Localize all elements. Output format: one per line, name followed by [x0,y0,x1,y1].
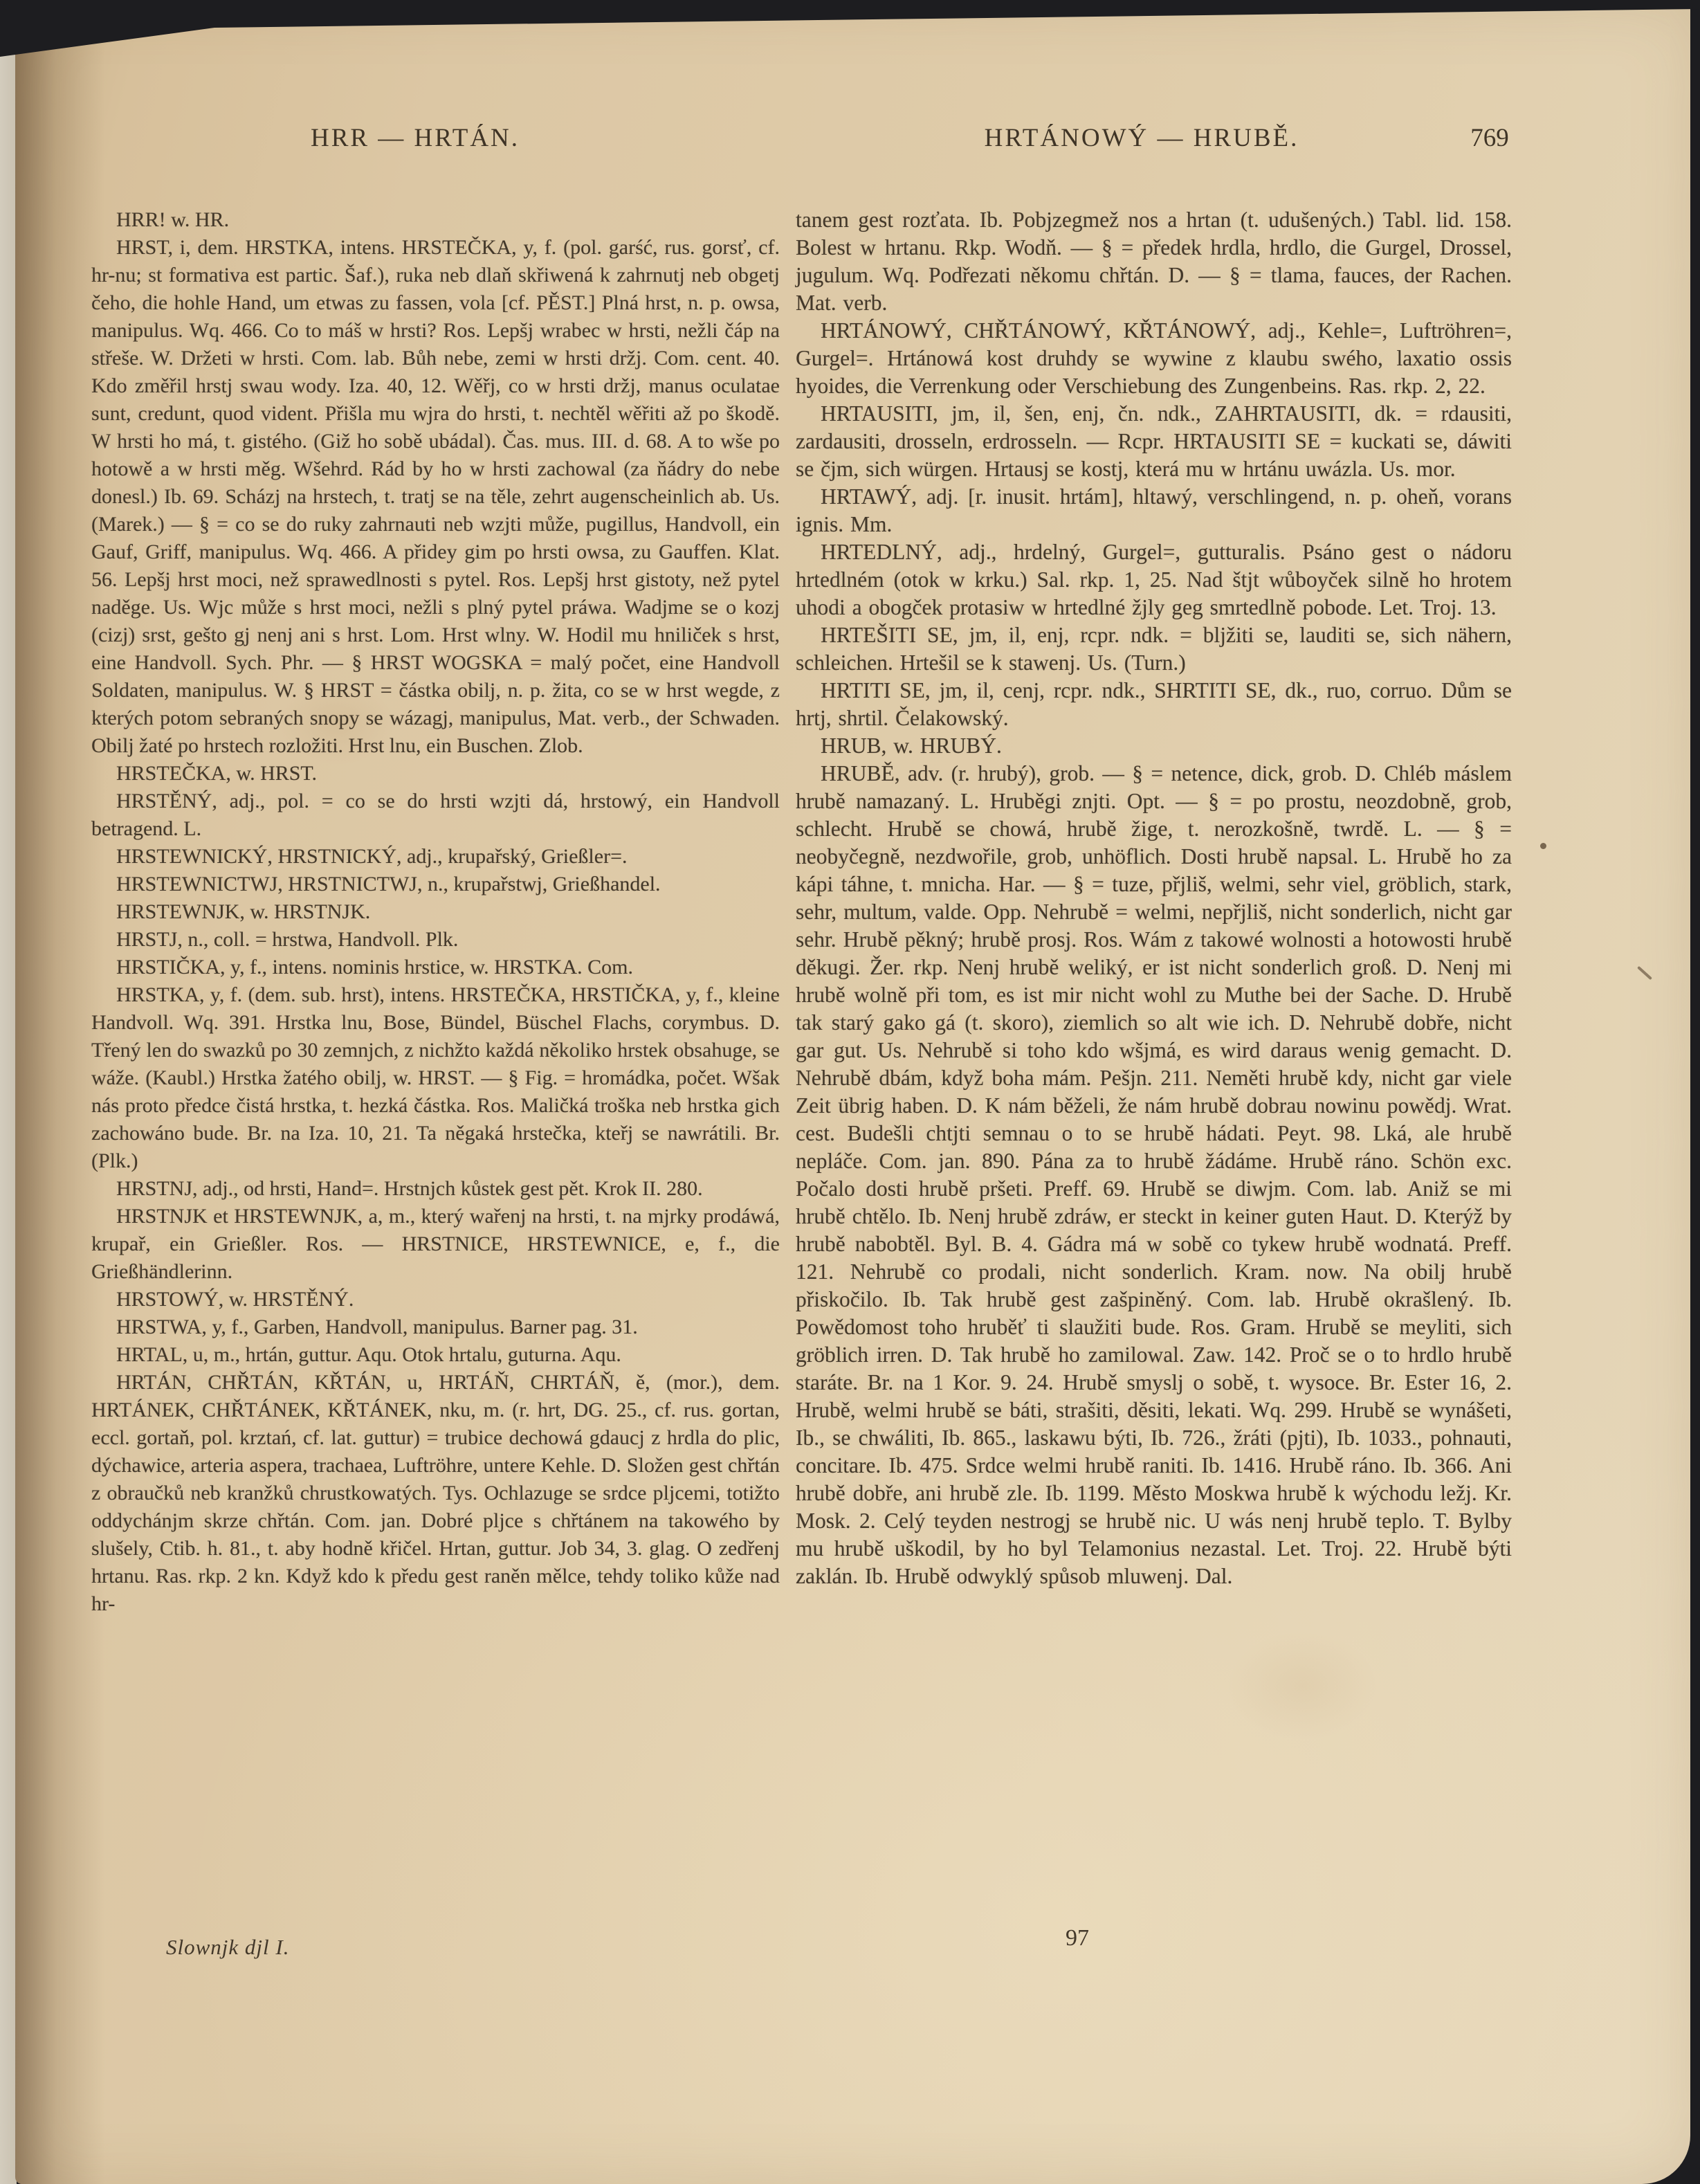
entry-hrtawy: HRTAWÝ, adj. [r. inusit. hrtám], hltawý,… [796,483,1512,538]
entry-hrtiti: HRTITI SE, jm, il, cenj, rcpr. ndk., SHR… [796,677,1512,732]
scanned-dictionary-page: { "book": { "header_left": "HRR — HRTÁN.… [0,0,1700,2184]
ink-speck [1637,966,1652,980]
entry-hrsticka: HRSTIČKA, y, f., intens. nominis hrstice… [91,954,780,981]
sheet-signature: 97 [1066,1925,1089,1951]
entry-hrtan: HRTÁN, CHŘTÁN, KŘTÁN, u, HRTÁŇ, CHRTÁŇ, … [91,1369,780,1618]
page-content: HRR — HRTÁN. HRTÁNOWÝ — HRUBĚ. 769 HRR! … [0,0,1700,2184]
running-head-left: HRR — HRTÁN. [104,123,726,153]
entry-hrstj: HRSTJ, n., coll. = hrstwa, Handvoll. Plk… [91,926,780,954]
entry-hrst: HRST, i, dem. HRSTKA, intens. HRSTEČKA, … [91,234,780,760]
entry-hrr: HRR! w. HR. [91,206,780,234]
entry-hrtan-continuation: tanem gest rozťata. Ib. Pobjzegmež nos a… [796,206,1512,317]
entry-hrube: HRUBĚ, adv. (r. hrubý), grob. — § = nete… [796,760,1512,1590]
entry-hrtedlny: HRTEDLNÝ, adj., hrdelný, Gurgel=, guttur… [796,538,1512,621]
entry-hrstewnictwj: HRSTEWNICTWJ, HRSTNICTWJ, n., krupařstwj… [91,871,780,898]
page-number: 769 [1445,123,1535,153]
right-column: tanem gest rozťata. Ib. Pobjzegmež nos a… [796,206,1512,1590]
entry-hrstnj: HRSTNJ, adj., od hrsti, Hand=. Hrstnjch … [91,1175,780,1203]
entry-hrtesiti: HRTEŠITI SE, jm, il, enj, rcpr. ndk. = b… [796,621,1512,677]
entry-hrtanowy: HRTÁNOWÝ, CHŘTÁNOWÝ, KŘTÁNOWÝ, adj., Keh… [796,317,1512,400]
entry-hrstka: HRSTKA, y, f. (dem. sub. hrst), intens. … [91,981,780,1175]
entry-hrstewnjk: HRSTEWNJK, w. HRSTNJK. [91,898,780,926]
entry-hrsteny: HRSTĚNÝ, adj., pol. = co se do hrsti wzj… [91,788,780,843]
volume-signature: Slownjk djl I. [166,1935,289,1960]
running-head-right: HRTÁNOWÝ — HRUBĚ. [830,123,1453,153]
left-column: HRR! w. HR. HRST, i, dem. HRSTKA, intens… [91,206,780,1618]
entry-hrtal: HRTAL, u, m., hrtán, guttur. Aqu. Otok h… [91,1341,780,1369]
entry-hrstnjk: HRSTNJK et HRSTEWNJK, a, m., který wařen… [91,1203,780,1286]
entry-hrtausiti: HRTAUSITI, jm, il, šen, enj, čn. ndk., Z… [796,400,1512,483]
entry-hrstwa: HRSTWA, y, f., Garben, Handvoll, manipul… [91,1313,780,1341]
entry-hrstecka: HRSTEČKA, w. HRST. [91,760,780,788]
ink-speck [1540,843,1546,849]
entry-hrstowy: HRSTOWÝ, w. HRSTĚNÝ. [91,1286,780,1313]
entry-hrub: HRUB, w. HRUBÝ. [796,732,1512,760]
entry-hrstewnicky: HRSTEWNICKÝ, HRSTNICKÝ, adj., krupařský,… [91,843,780,871]
